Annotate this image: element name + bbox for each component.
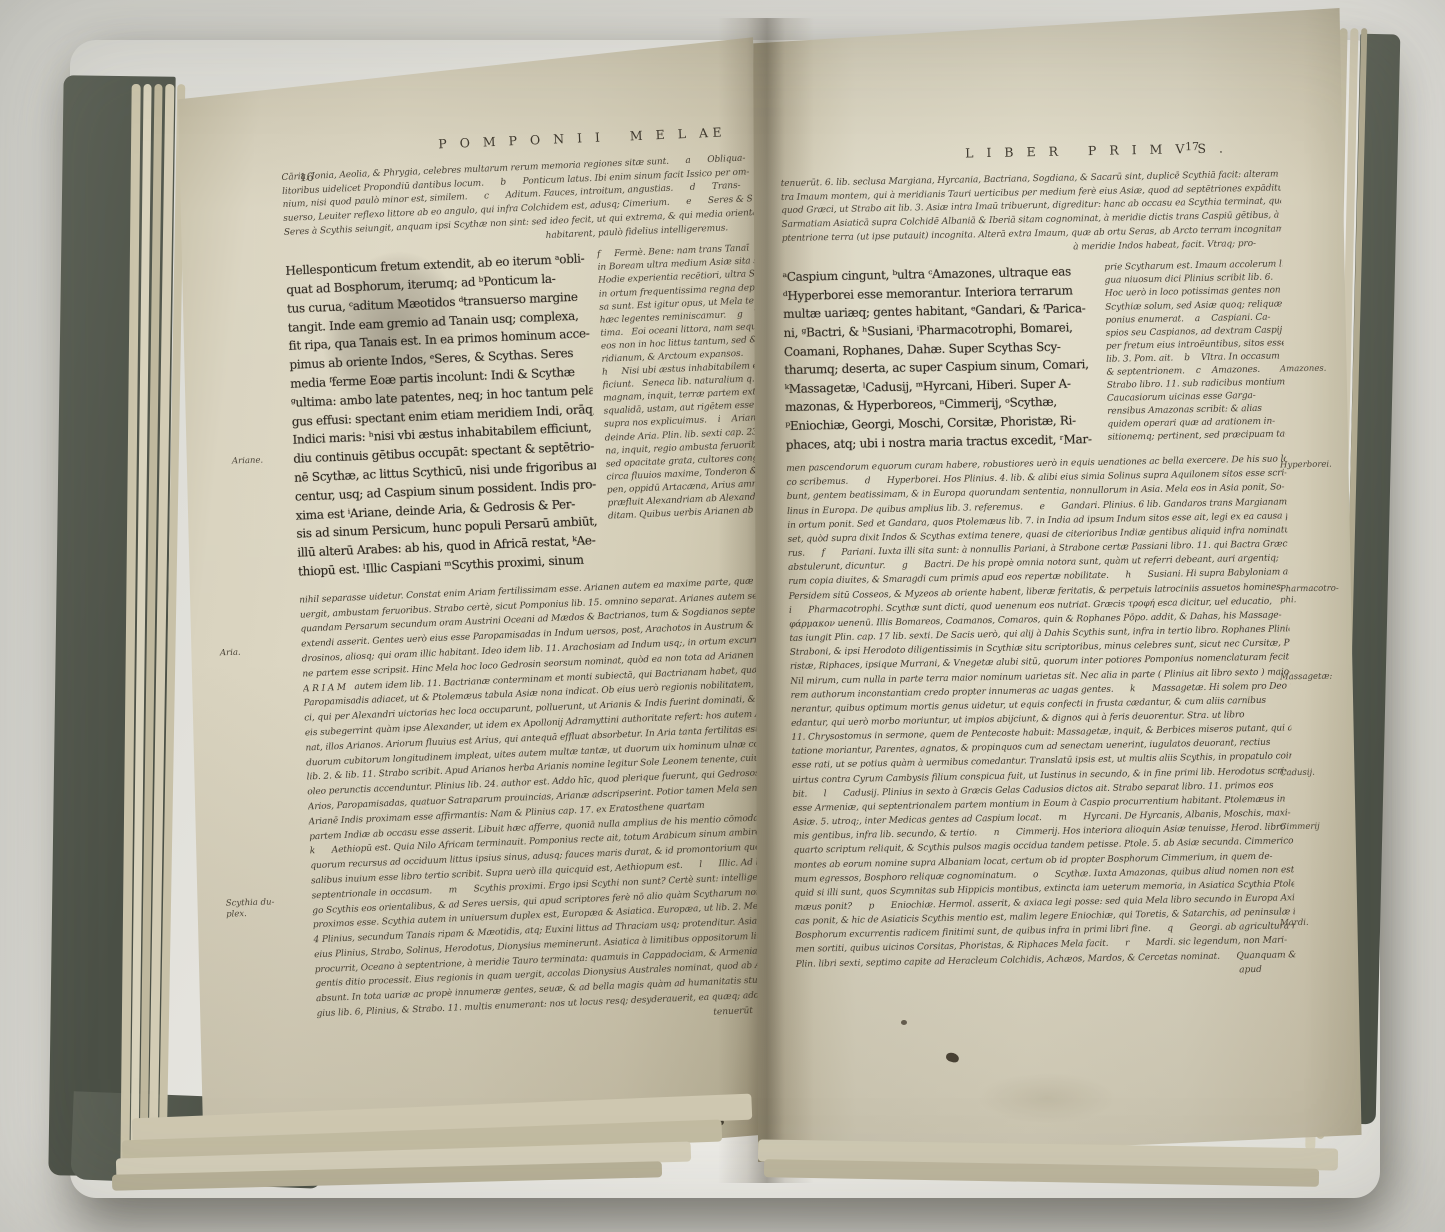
margin-note: Amazones.: [1280, 364, 1327, 375]
side-gloss-block-right: prie Scytharum est. Imaum accolerum lin-…: [1104, 259, 1286, 448]
folio-number-left: 16: [299, 171, 314, 185]
folio-number-right: 17: [1185, 140, 1199, 153]
page-edge-stack-bottom-right: [748, 1138, 1368, 1218]
page-edge-stack-bottom-left: [104, 1092, 784, 1222]
commentary-block-right: men pascendorum equorum curam habere, ro…: [786, 452, 1296, 971]
right-page: L I B E R P R I M V S . 17 tenuerūt. 6. …: [752, 8, 1364, 1188]
side-note-line: sitionemq; pertinent, sed præcipuam ta-: [1108, 429, 1286, 446]
margin-note: Aria.: [220, 648, 241, 659]
photo-of-open-book: 16 P O M P O N I I M E L AE Cāria, Ionia…: [0, 0, 1445, 1232]
main-text-row-left: Hellesponticum fretum extendit, ab eo it…: [285, 242, 768, 581]
top-gloss-block-left: Cāria, Ionia, Aeolia, & Phrygia, celebre…: [281, 152, 754, 254]
ink-spot: [945, 1051, 960, 1063]
main-text-block-right: ᵃCaspium cingunt, ᵇultra ᶜAmazones, ultr…: [782, 262, 1098, 454]
paper-stain: [952, 1063, 1142, 1133]
margin-note: Ariane.: [232, 456, 263, 467]
margin-note: Scythia du- plex.: [226, 897, 275, 919]
right-page-content: L I B E R P R I M V S . 17 tenuerūt. 6. …: [780, 136, 1296, 983]
commentary-block-left: nihil separasse uidetur. Constat enim Ar…: [299, 574, 773, 1022]
left-page: 16 P O M P O N I I M E L AE Cāria, Ionia…: [148, 28, 773, 1180]
ink-spot: [901, 1020, 907, 1025]
running-header-left: P O M P O N I I M E L AE: [438, 124, 726, 151]
side-gloss-block-left: f Fermè. Bene: nam trans Tanaīin Boream …: [597, 242, 768, 568]
right-header-row: L I B E R P R I M V S . 17: [780, 136, 1280, 168]
top-gloss-block-right: tenuerūt. 6. lib. seclusa Margiana, Hyrc…: [781, 168, 1282, 260]
left-page-content: 16 P O M P O N I I M E L AE Cāria, Ionia…: [280, 120, 773, 1034]
main-text-block-left: Hellesponticum fretum extendit, ab eo it…: [285, 249, 600, 581]
main-text-row-right: ᵃCaspium cingunt, ᵇultra ᶜAmazones, ultr…: [782, 259, 1285, 455]
margin-note: Hyperborei.: [1280, 460, 1332, 471]
